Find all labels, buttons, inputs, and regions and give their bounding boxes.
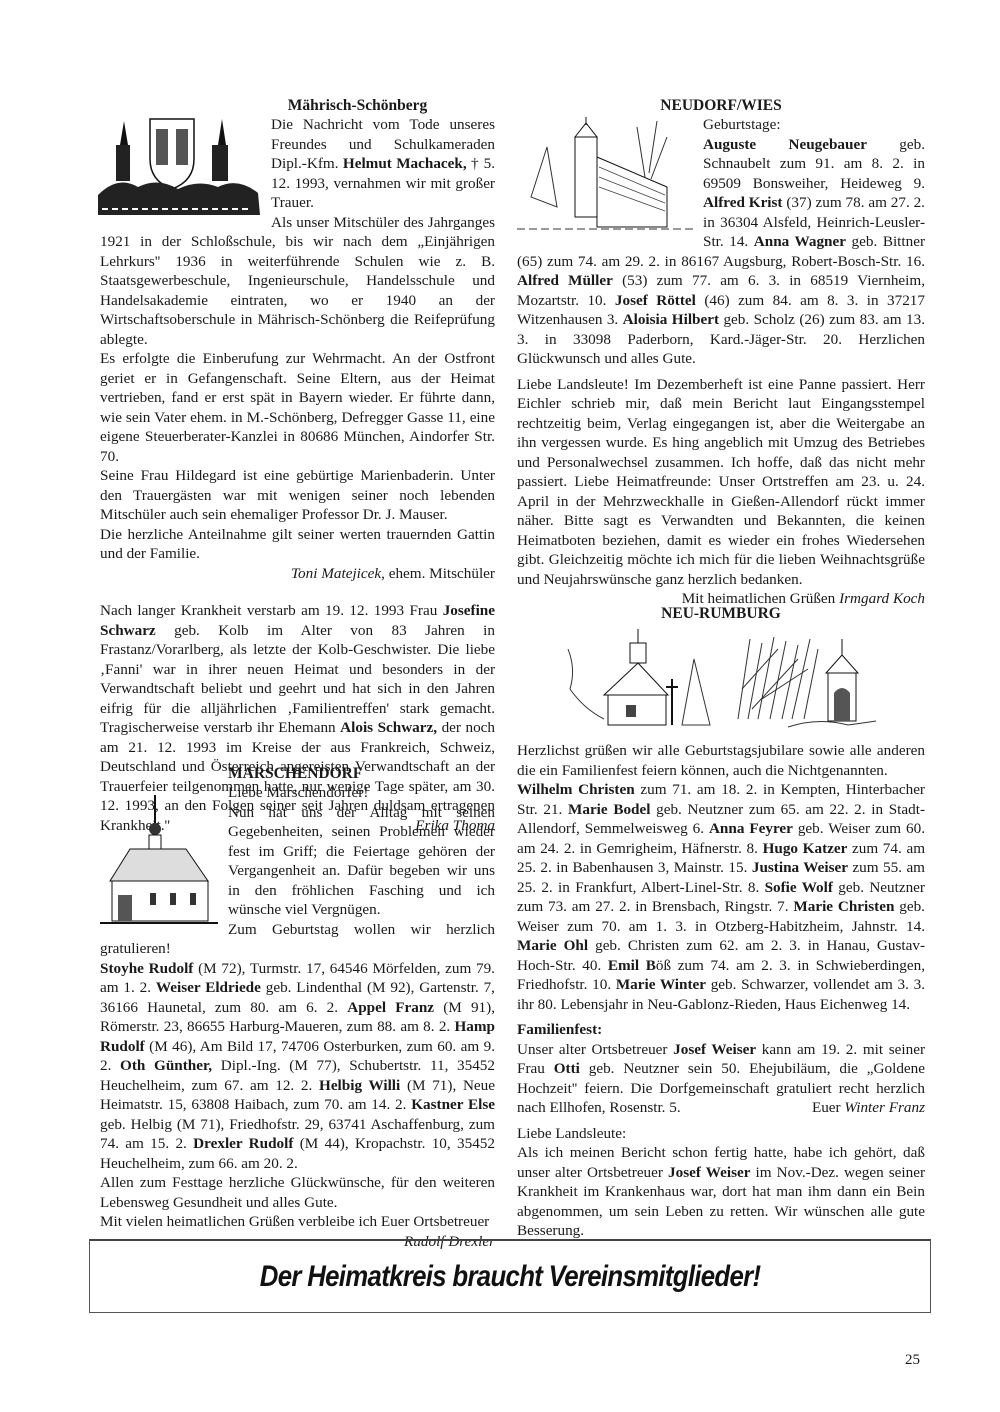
person-name: Aloisia Hilbert bbox=[623, 311, 719, 328]
person-name: Josef Röttel bbox=[615, 292, 696, 309]
person-name: Justina Weiser bbox=[752, 859, 848, 876]
paragraph: Es erfolgte die Einberufung zur Wehrmach… bbox=[100, 349, 495, 466]
person-name: Alois Schwarz, bbox=[340, 719, 437, 736]
person-name: Wilhelm Christen bbox=[517, 781, 635, 798]
obituary-text: Nach langer Krankheit verstarb am 19. 12… bbox=[100, 602, 443, 619]
church-illustration bbox=[517, 117, 695, 239]
person-name: Anna Wagner bbox=[754, 233, 846, 250]
paragraph: Herzlichst grüßen wir alle Geburtstagsju… bbox=[517, 741, 925, 780]
page-number: 25 bbox=[905, 1352, 920, 1369]
person-name: Marie Winter bbox=[616, 976, 706, 993]
person-name: Kastner Else bbox=[411, 1096, 495, 1113]
signature-name: Toni Matejicek bbox=[291, 565, 381, 582]
section-maehrisch-schoenberg: Mährisch-Schönberg Die Nachricht vom Tod… bbox=[100, 96, 495, 835]
section-heading: NEUDORF/WIES bbox=[517, 96, 925, 115]
section-heading: NEU-RUMBURG bbox=[517, 604, 925, 623]
birthday-list: Stoyhe Rudolf (M 72), Turmstr. 17, 64546… bbox=[100, 959, 495, 1174]
banner-text: Der Heimatkreis braucht Vereinsmitgliede… bbox=[260, 1260, 761, 1294]
paragraph: Allen zum Festtage herzliche Glückwünsch… bbox=[100, 1173, 495, 1212]
person-name: Hugo Katzer bbox=[763, 840, 848, 857]
person-name: Sofie Wolf bbox=[765, 879, 833, 896]
person-name: Weiser Eldriede bbox=[156, 979, 261, 996]
paragraph: Mit vielen heimatlichen Grüßen verbleibe… bbox=[100, 1212, 495, 1232]
familienfest-heading: Familienfest: bbox=[517, 1020, 925, 1040]
birthday-list: Wilhelm Christen zum 71. am 18. 2. in Ke… bbox=[517, 780, 925, 1014]
person-name: Stoyhe Rudolf bbox=[100, 960, 193, 977]
section-heading: MARSCHENDORF bbox=[100, 764, 495, 783]
familienfest-text: Unser alter Ortsbetreuer Josef Weiser ka… bbox=[517, 1040, 925, 1118]
town-coat-of-arms-illustration bbox=[98, 115, 263, 215]
membership-banner: Der Heimatkreis braucht Vereinsmitgliede… bbox=[89, 1239, 931, 1313]
paragraph: Als ich meinen Bericht schon fertig hatt… bbox=[517, 1143, 925, 1241]
illustrations bbox=[517, 629, 925, 733]
person-name: Helmut Machacek, bbox=[343, 155, 471, 172]
chapel-illustration bbox=[100, 795, 218, 927]
person-name: Helbig Willi bbox=[319, 1077, 400, 1094]
section-marschendorf: MARSCHENDORF Liebe Marschendorfer! Nun h… bbox=[100, 764, 495, 1251]
person-name: Marie Christen bbox=[793, 898, 894, 915]
person-name: Anna Feyrer bbox=[709, 820, 793, 837]
church-with-cross-illustration bbox=[564, 629, 714, 733]
forest-chapel-illustration bbox=[728, 629, 878, 733]
section-neudorf-wies: NEUDORF/WIES Geburtstage: Auguste Neugeb… bbox=[517, 96, 925, 609]
paragraph: Liebe Landsleute: bbox=[517, 1124, 925, 1144]
signature-prefix: Euer bbox=[812, 1099, 844, 1116]
person-name: Emil B bbox=[608, 957, 656, 974]
paragraph: Als unser Mitschüler des Jahrganges 1921… bbox=[100, 213, 495, 350]
signature-suffix: , ehem. Mitschüler bbox=[381, 565, 495, 582]
paragraph: Die herzliche Anteilnahme gilt seiner we… bbox=[100, 525, 495, 564]
signature: Toni Matejicek, ehem. Mitschüler bbox=[100, 564, 495, 584]
person-name: Marie Ohl bbox=[517, 937, 588, 954]
person-name: Otti bbox=[554, 1060, 580, 1077]
person-name: Appel Franz bbox=[347, 999, 434, 1016]
section-heading: Mährisch-Schönberg bbox=[100, 96, 495, 115]
subheading: Familienfest: bbox=[517, 1021, 602, 1038]
person-name: Josef Weiser bbox=[668, 1164, 750, 1181]
signature: Euer Winter Franz bbox=[812, 1098, 925, 1118]
person-name: Marie Bodel bbox=[568, 801, 650, 818]
text: Unser alter Ortsbetreuer bbox=[517, 1041, 673, 1058]
person-name: Alfred Müller bbox=[517, 272, 613, 289]
person-name: Auguste Neugebauer bbox=[703, 136, 867, 153]
signature-name: Winter Franz bbox=[844, 1099, 925, 1116]
person-name: Alfred Krist bbox=[703, 194, 783, 211]
person-name: Oth Günther, bbox=[120, 1057, 212, 1074]
paragraph: Liebe Landsleute! Im Dezemberheft ist ei… bbox=[517, 375, 925, 590]
paragraph: Seine Frau Hildegard ist eine gebürtige … bbox=[100, 466, 495, 525]
person-name: Drexler Rudolf bbox=[193, 1135, 293, 1152]
section-neu-rumburg: NEU-RUMBURG Herzlichst grüßen wir alle G… bbox=[517, 604, 925, 1241]
person-name: Josef Weiser bbox=[673, 1041, 756, 1058]
